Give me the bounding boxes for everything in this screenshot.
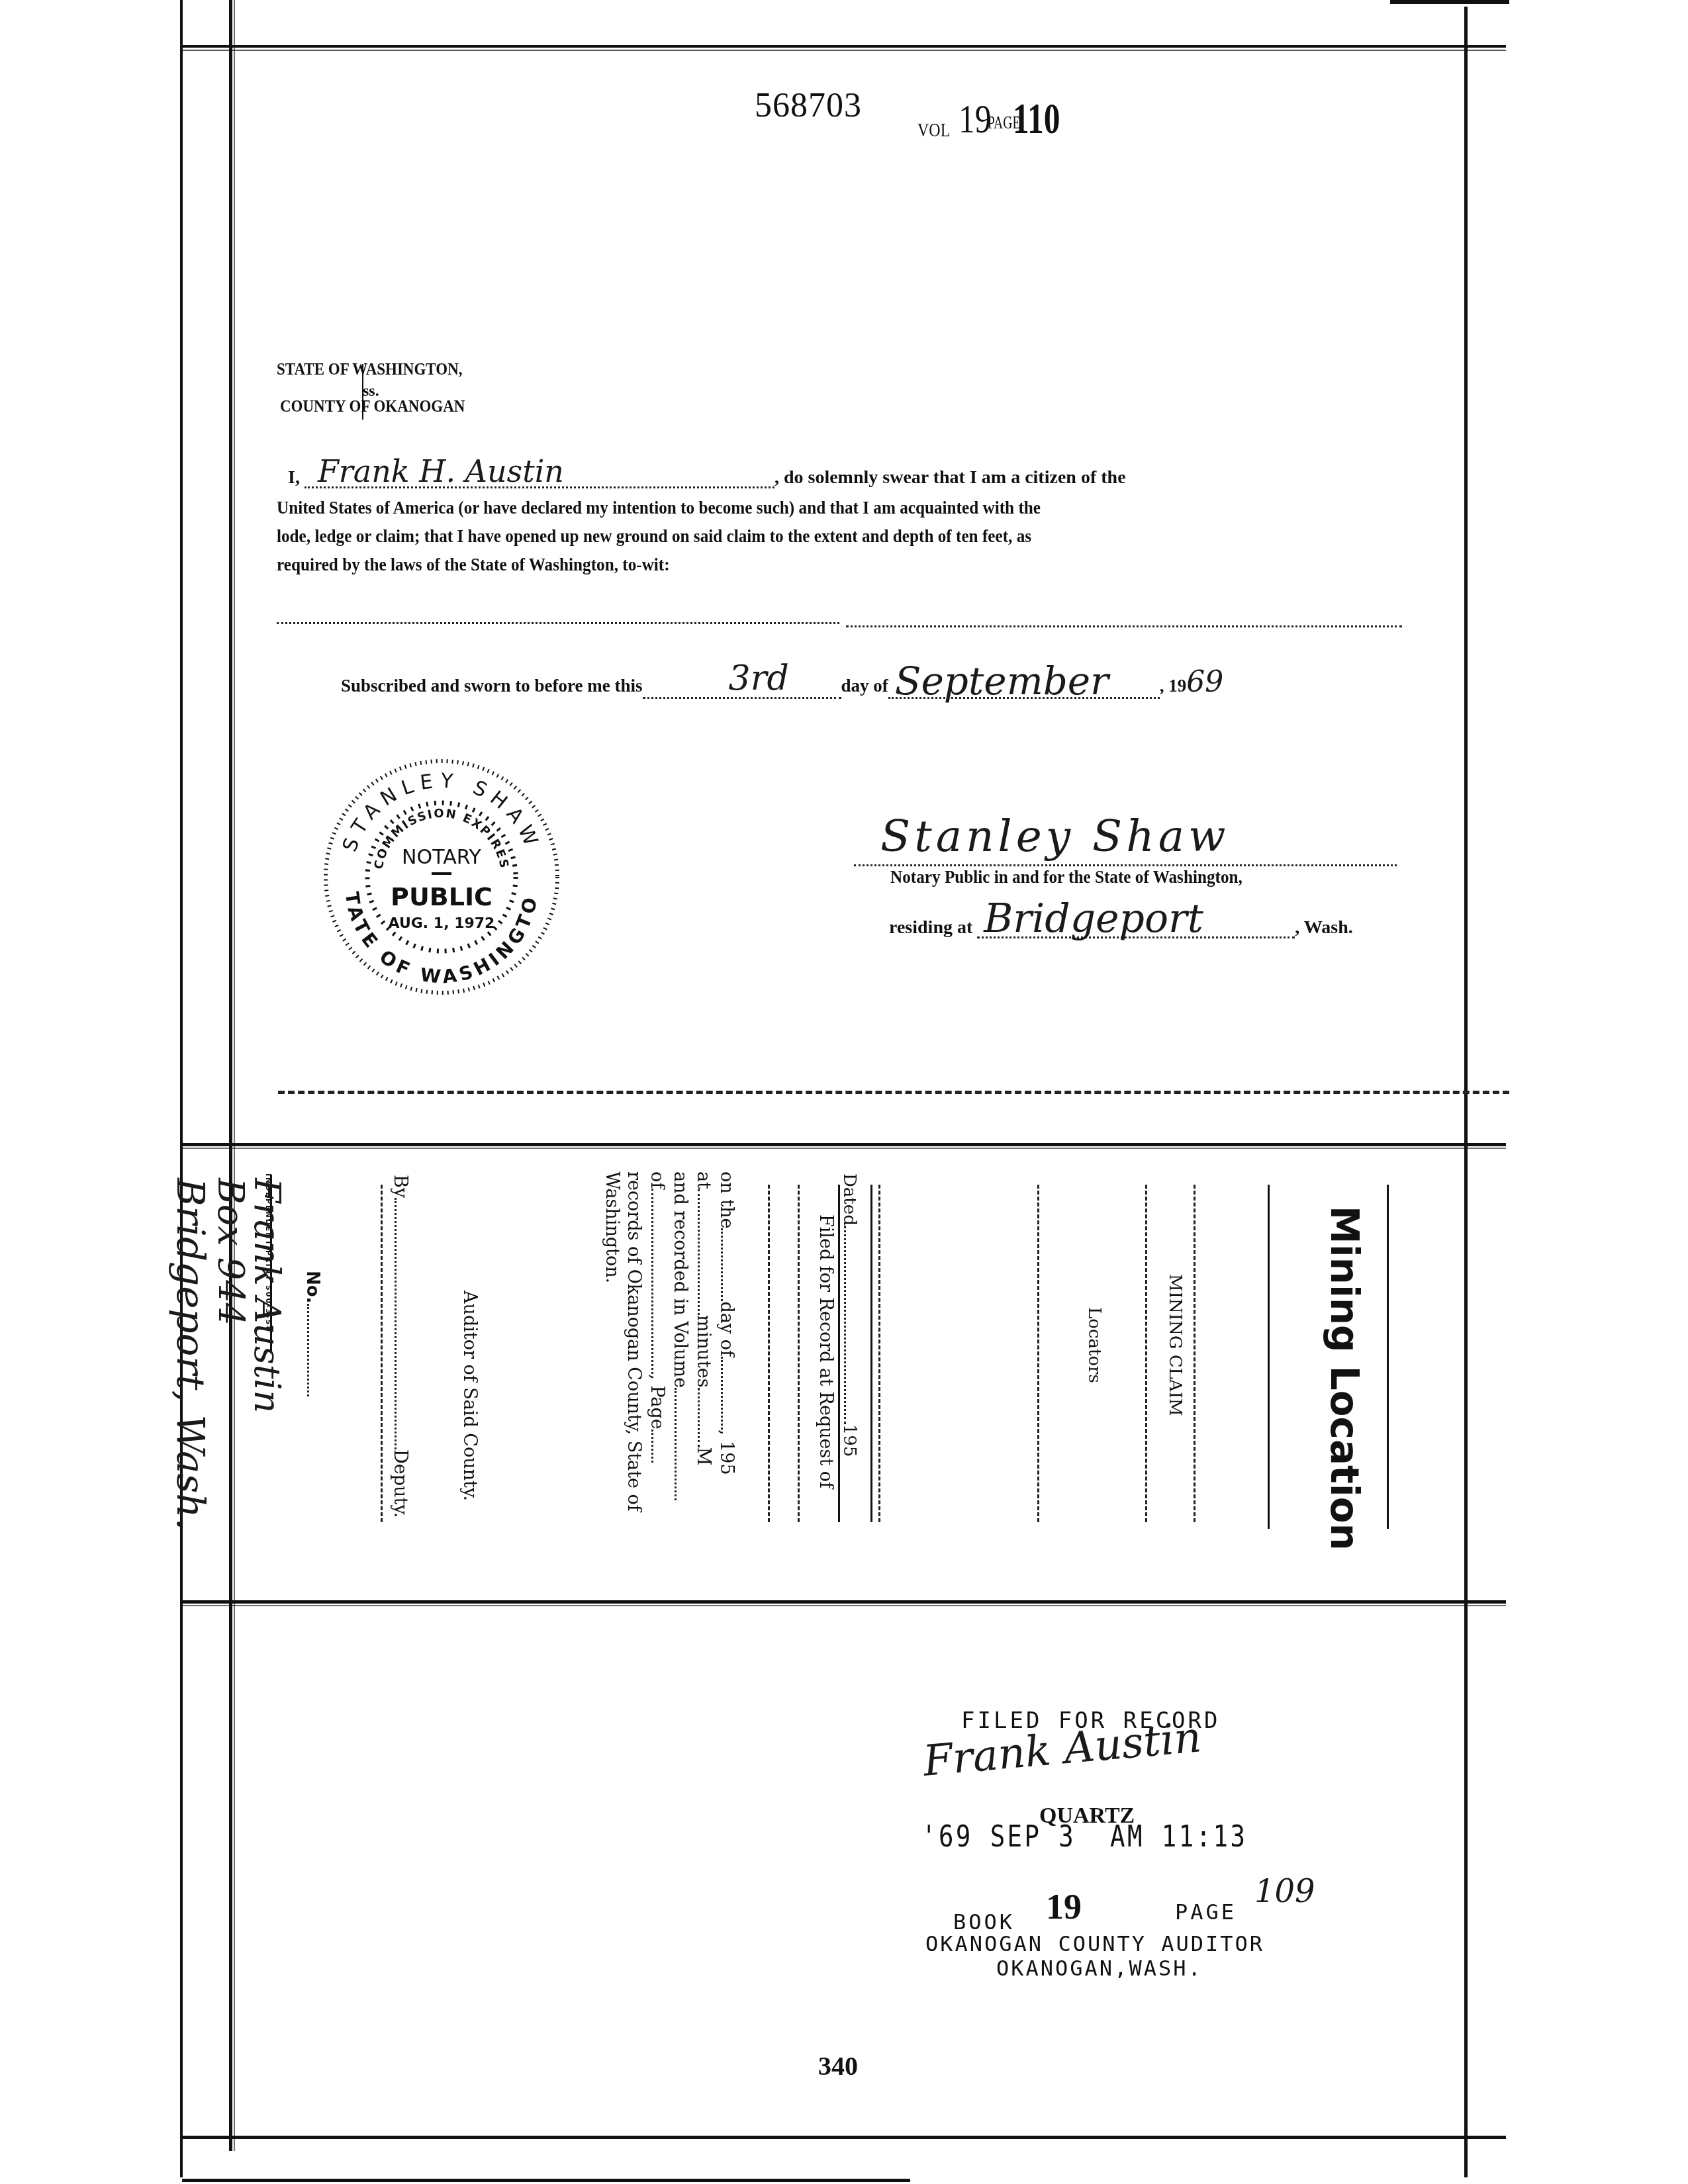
request-line-1 [798, 1185, 800, 1522]
notary-seal: STANLEY SHAW COMMISSION EXPIRES STATE OF… [319, 754, 564, 999]
affidavit-line-3: lode, ledge or claim; that I have opened… [277, 526, 1031, 547]
title-box-right [1387, 1185, 1390, 1529]
notary-signature-line [854, 864, 1397, 866]
rule-bottom [182, 2136, 1506, 2139]
frame-left-inner-thin [234, 0, 235, 2151]
residence-field: Bridgeport [977, 917, 1295, 938]
frame-top [1390, 0, 1509, 4]
address-line-2: Box 944 [210, 1178, 252, 1326]
address-line-3: Bridgeport, Wash. [168, 1178, 213, 1530]
affidavit-line1-rest: , do solemnly swear that I am a citizen … [774, 467, 1126, 488]
document-number: 568703 [755, 86, 862, 125]
request-line-2 [768, 1185, 770, 1522]
washington-line: Washington. [602, 1171, 622, 1283]
fold-line-1 [278, 1091, 1509, 1094]
to-wit-line-left [277, 622, 839, 624]
locators-line-1 [1145, 1185, 1147, 1522]
auditor-label: Auditor of Said County. [459, 1291, 480, 1501]
notary-signature: Stanley Shaw [880, 811, 1230, 862]
footer-page-number: 340 [818, 2050, 858, 2081]
no-line: No. [303, 1271, 322, 1396]
residing-label: residing at [889, 917, 972, 938]
jurat-year-prefix: , 19 [1160, 676, 1187, 696]
of-page-line: of, Page [647, 1171, 667, 1463]
jurat-day-field: 3rd [643, 678, 841, 699]
stamp-page-label: PAGE [1175, 1899, 1237, 1925]
dated-box-right [870, 1185, 874, 1522]
book-number: 19 [1046, 1886, 1082, 1927]
jurat-day-of: day of [841, 676, 888, 696]
vol-number: 19 [959, 96, 992, 143]
rule-top [182, 45, 1506, 48]
auditor-office-line-1: OKANOGAN COUNTY AUDITOR [925, 1931, 1264, 1956]
address-line-1: Frank Austin [246, 1178, 288, 1413]
rule-bottom-2 [182, 2179, 910, 2182]
rule-mid-1 [182, 1143, 1506, 1146]
auditor-office-line-2: OKANOGAN,WASH. [996, 1956, 1203, 1981]
residence-value: Bridgeport [984, 895, 1203, 942]
frame-left-outer [180, 0, 183, 2177]
affidavit-line-1: I, Frank H. Austin , do solemnly swear t… [288, 467, 1413, 488]
dated-year: 195 [839, 1424, 859, 1457]
affidavit-prefix: I, [288, 467, 300, 488]
mining-claim-label: MINING CLAIM [1165, 1274, 1185, 1416]
notary-title: Notary Public in and for the State of Wa… [890, 867, 1243, 888]
venue-county: COUNTY OF OKANOGAN [280, 398, 465, 416]
locators-label: Locators [1084, 1307, 1104, 1383]
notary-residence-line: residing at Bridgeport , Wash. [889, 917, 1353, 938]
affidavit-line-4: required by the laws of the State of Was… [277, 555, 670, 576]
affidavit-line-2: United States of America (or have declar… [277, 498, 1041, 519]
title-box-left [1268, 1185, 1271, 1529]
residence-suffix: , Wash. [1295, 917, 1352, 938]
venue-ss: ss. [363, 383, 379, 400]
jurat-month-field: September [888, 678, 1160, 699]
stamp-page-number: 109 [1254, 1873, 1315, 1910]
rule-mid-2 [182, 1600, 1506, 1604]
affiant-name-field: Frank H. Austin [305, 467, 774, 488]
vol-label: VOL [917, 119, 950, 142]
by-deputy-line: ByDeputy. [390, 1175, 410, 1518]
rule-top-2 [182, 50, 1506, 51]
on-the-line: on theday of, 195 [716, 1171, 737, 1475]
jurat-day: 3rd [729, 659, 789, 698]
svg-text:AUG. 1, 1972: AUG. 1, 1972 [389, 915, 495, 932]
to-wit-line-right [846, 625, 1402, 627]
filed-request-label: Filed for Record at Request of [816, 1214, 836, 1488]
claim-line [1194, 1185, 1196, 1522]
filed-datetime: '69 SEP 3 AM 11:13 [921, 1820, 1247, 1854]
panel-title: Mining Location [1322, 1206, 1367, 1551]
venue-state: STATE OF WASHINGTON, [277, 361, 463, 379]
dated-label: Dated195 [839, 1173, 859, 1457]
records-line: records of Okanogan County, State of [624, 1171, 644, 1512]
svg-text:NOTARY: NOTARY [402, 846, 481, 869]
recorded-volume-line: and recorded in Volume [670, 1171, 690, 1500]
dated-text: Dated [839, 1173, 859, 1226]
locators-line-2 [1037, 1185, 1039, 1522]
affiant-signature: Frank H. Austin [318, 453, 564, 489]
jurat-month: September [895, 659, 1109, 704]
rule-mid-1b [182, 1148, 1506, 1149]
jurat-text: Subscribed and sworn to before me this [341, 676, 643, 696]
page-number: 110 [1013, 94, 1060, 144]
jurat-year: 69 [1186, 665, 1223, 699]
rule-mid-2b [182, 1605, 1506, 1606]
by-line [381, 1185, 383, 1522]
frame-left-inner [229, 0, 232, 2151]
jurat-line: Subscribed and sworn to before me this3r… [341, 665, 1223, 699]
at-minutes-line: atminutesM [693, 1171, 714, 1465]
svg-text:PUBLIC: PUBLIC [391, 882, 492, 911]
locators-line-3 [878, 1185, 880, 1522]
